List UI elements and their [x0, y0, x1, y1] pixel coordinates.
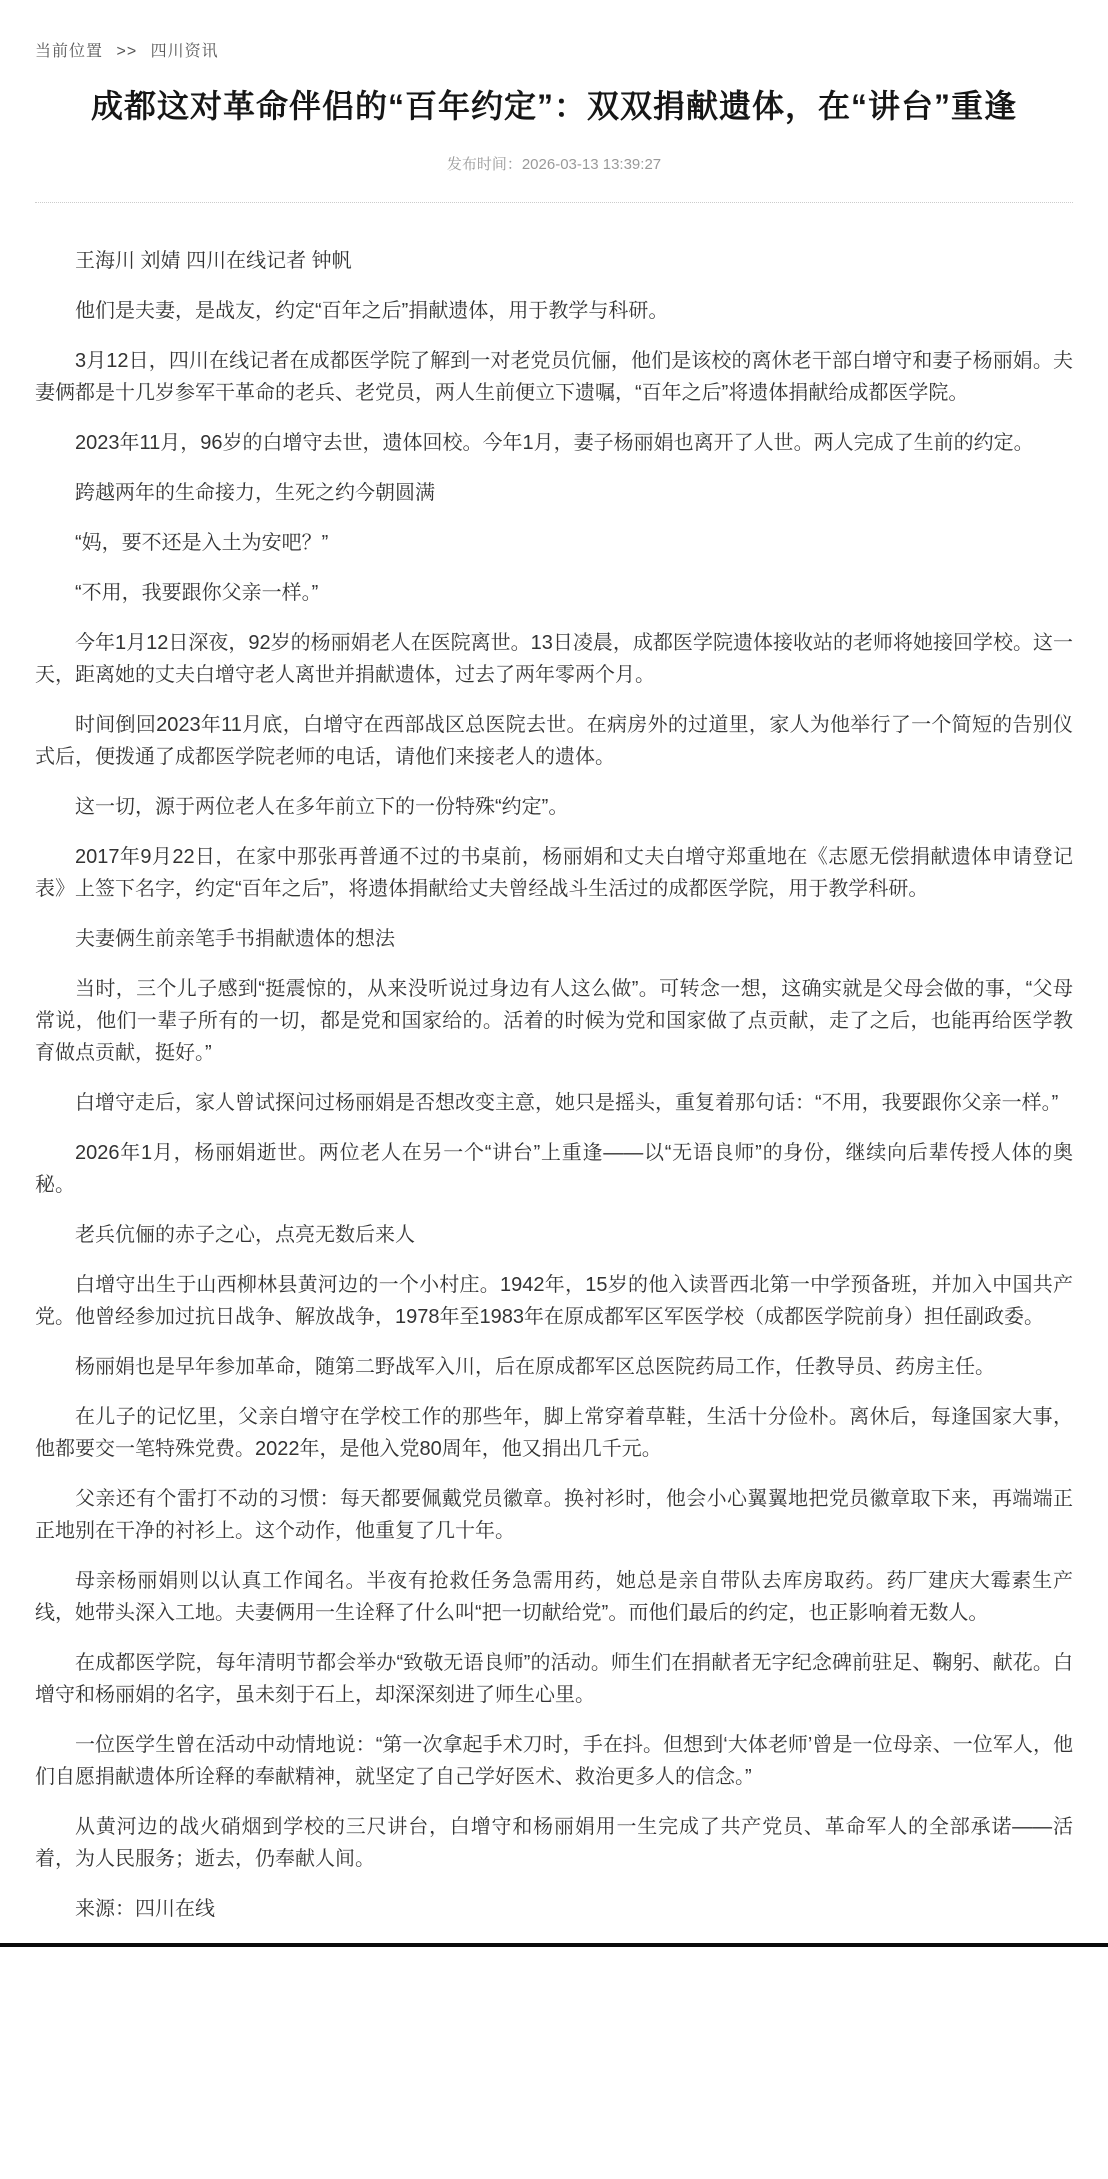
article-paragraph: “妈，要不还是入土为安吧？”: [35, 527, 1073, 559]
article-paragraph: 在儿子的记忆里，父亲白增守在学校工作的那些年，脚上常穿着草鞋，生活十分俭朴。离休…: [35, 1401, 1073, 1465]
article-paragraph: 在成都医学院，每年清明节都会举办“致敬无语良师”的活动。师生们在捐献者无字纪念碑…: [35, 1647, 1073, 1711]
article-paragraph: 当时，三个儿子感到“挺震惊的，从来没听说过身边有人这么做”。可转念一想，这确实就…: [35, 973, 1073, 1069]
article-paragraph: 白增守出生于山西柳林县黄河边的一个小村庄。1942年，15岁的他入读晋西北第一中…: [35, 1269, 1073, 1333]
article-paragraph: 今年1月12日深夜，92岁的杨丽娟老人在医院离世。13日凌晨，成都医学院遗体接收…: [35, 627, 1073, 691]
breadcrumb-label: 当前位置: [35, 43, 103, 60]
article-paragraph: “不用，我要跟你父亲一样。”: [35, 577, 1073, 609]
article-body: 王海川 刘婧 四川在线记者 钟帆 他们是夫妻，是战友，约定“百年之后”捐献遗体，…: [0, 203, 1108, 1925]
article-paragraph: 3月12日，四川在线记者在成都医学院了解到一对老党员伉俪，他们是该校的离休老干部…: [35, 345, 1073, 409]
article-paragraph: 从黄河边的战火硝烟到学校的三尺讲台，白增守和杨丽娟用一生完成了共产党员、革命军人…: [35, 1811, 1073, 1875]
breadcrumb-separator: >>: [116, 43, 137, 60]
article-paragraph: 父亲还有个雷打不动的习惯：每天都要佩戴党员徽章。换衬衫时，他会小心翼翼地把党员徽…: [35, 1483, 1073, 1547]
breadcrumb-section-link[interactable]: 四川资讯: [151, 43, 219, 60]
article-paragraph: 2017年9月22日，在家中那张再普通不过的书桌前，杨丽娟和丈夫白增守郑重地在《…: [35, 841, 1073, 905]
source-line: 来源：四川在线: [35, 1893, 1073, 1925]
article-paragraph: 这一切，源于两位老人在多年前立下的一份特殊“约定”。: [35, 791, 1073, 823]
article-paragraph: 2023年11月，96岁的白增守去世，遗体回校。今年1月，妻子杨丽娟也离开了人世…: [35, 427, 1073, 459]
byline: 王海川 刘婧 四川在线记者 钟帆: [35, 245, 1073, 277]
article-title: 成都这对革命伴侣的“百年约定”：双双捐献遗体，在“讲台”重逢: [42, 85, 1066, 127]
article-page: 当前位置 >> 四川资讯 成都这对革命伴侣的“百年约定”：双双捐献遗体，在“讲台…: [0, 0, 1108, 1950]
image-caption: 夫妻俩生前亲笔手书捐献遗体的想法: [35, 923, 1073, 955]
article-paragraph: 杨丽娟也是早年参加革命，随第二野战军入川，后在原成都军区总医院药局工作，任教导员…: [35, 1351, 1073, 1383]
section-subheading: 跨越两年的生命接力，生死之约今朝圆满: [35, 477, 1073, 509]
article-paragraph: 时间倒回2023年11月底，白增守在西部战区总医院去世。在病房外的过道里，家人为…: [35, 709, 1073, 773]
article-paragraph: 母亲杨丽娟则以认真工作闻名。半夜有抢救任务急需用药，她总是亲自带队去库房取药。药…: [35, 1565, 1073, 1629]
section-subheading: 老兵伉俪的赤子之心，点亮无数后来人: [35, 1219, 1073, 1251]
article-paragraph: 2026年1月，杨丽娟逝世。两位老人在另一个“讲台”上重逢——以“无语良师”的身…: [35, 1137, 1073, 1201]
article-paragraph: 一位医学生曾在活动中动情地说：“第一次拿起手术刀时，手在抖。但想到‘大体老师’曾…: [35, 1729, 1073, 1793]
publish-date: 发布时间：2026-03-13 13:39:27: [0, 153, 1108, 174]
footer-padding: [0, 1947, 1108, 1950]
article-paragraph: 白增守走后，家人曾试探问过杨丽娟是否想改变主意，她只是摇头，重复着那句话：“不用…: [35, 1087, 1073, 1119]
breadcrumb: 当前位置 >> 四川资讯: [0, 0, 1108, 61]
article-paragraph: 他们是夫妻，是战友，约定“百年之后”捐献遗体，用于教学与科研。: [35, 295, 1073, 327]
